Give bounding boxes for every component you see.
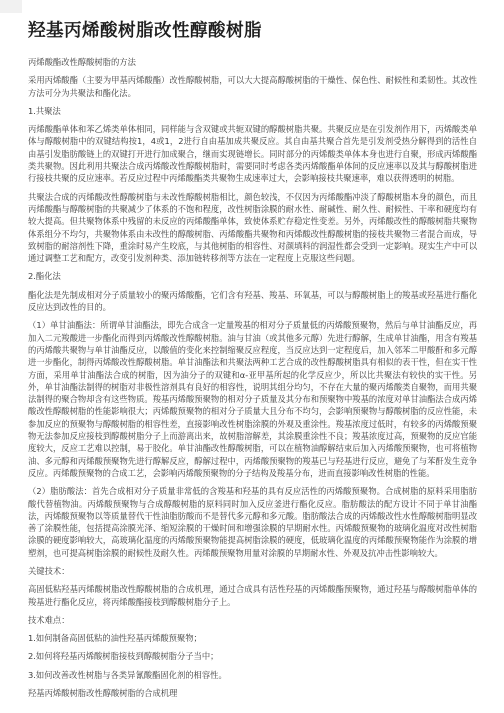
monoglyceride-method-paragraph: （1）单甘油酯法：所谓单甘油酯法，即先合成含一定量羧基的相对分子质量低的丙烯酸预… <box>28 319 477 479</box>
page-title: 羟基丙烯酸树脂改性醇酸树脂 <box>28 20 477 42</box>
scan-artifact-corner <box>0 0 22 13</box>
section-esterification-heading: 2.酯化法 <box>28 270 477 282</box>
copolymerization-paragraph-1: 丙烯酸酯单体和苯乙烯类单体相同，同样能与含双键或共轭双键的醇酸树脂共聚。共聚反应… <box>28 123 477 184</box>
esterification-intro-paragraph: 酯化法是先制成相对分子质量较小的聚丙烯酸酯，它们含有羟基、羧基、环氧基，可以与醇… <box>28 289 477 314</box>
difficulties-heading: 技术难点： <box>28 614 477 626</box>
closing-line: 羟基丙烯酸树脂改性醇酸树脂的合成机理 <box>28 687 477 699</box>
intro-paragraph: 采用丙烯酸酯（主要为甲基丙烯酸酯）改性醇酸树脂，可以大大提高醇酸树脂的干燥性、保… <box>28 74 477 99</box>
copolymerization-paragraph-2: 共聚法合成的丙烯酸改性醇酸树脂与未改性醇酸树脂相比，颜色较浅，不仅因为丙烯酸酯冲… <box>28 191 477 265</box>
key-technology-heading: 关键技术： <box>28 565 477 577</box>
method-heading: 丙烯酸酯改性醇酸树脂的方法 <box>28 56 477 68</box>
difficulty-item-1: 1.如何制备高固低粘的油性羟基丙烯酸预聚物； <box>28 632 477 644</box>
difficulty-item-3: 3.如何改善改性树脂与各类异氰酸酯固化剂的相容性。 <box>28 669 477 681</box>
key-technology-paragraph: 高固低粘羟基丙烯酸树脂改性醇酸树脂的合成机理，通过合成具有活性羟基的丙烯酸酯预聚… <box>28 583 477 608</box>
section-copolymerization-heading: 1.共聚法 <box>28 105 477 117</box>
difficulty-item-2: 2.如何将羟基丙烯酸树脂接枝到醇酸树脂分子当中； <box>28 650 477 662</box>
document-body: 羟基丙烯酸树脂改性醇酸树脂 丙烯酸酯改性醇酸树脂的方法 采用丙烯酸酯（主要为甲基… <box>28 20 477 705</box>
fatty-acid-method-paragraph: （2）脂肪酸法：首先合成相对分子质量非常低的含羧基和羟基的具有反应活性的丙烯酸预… <box>28 485 477 559</box>
document-page: { "document": { "title": "羟基丙烯酸树脂改性醇酸树脂"… <box>0 0 504 713</box>
